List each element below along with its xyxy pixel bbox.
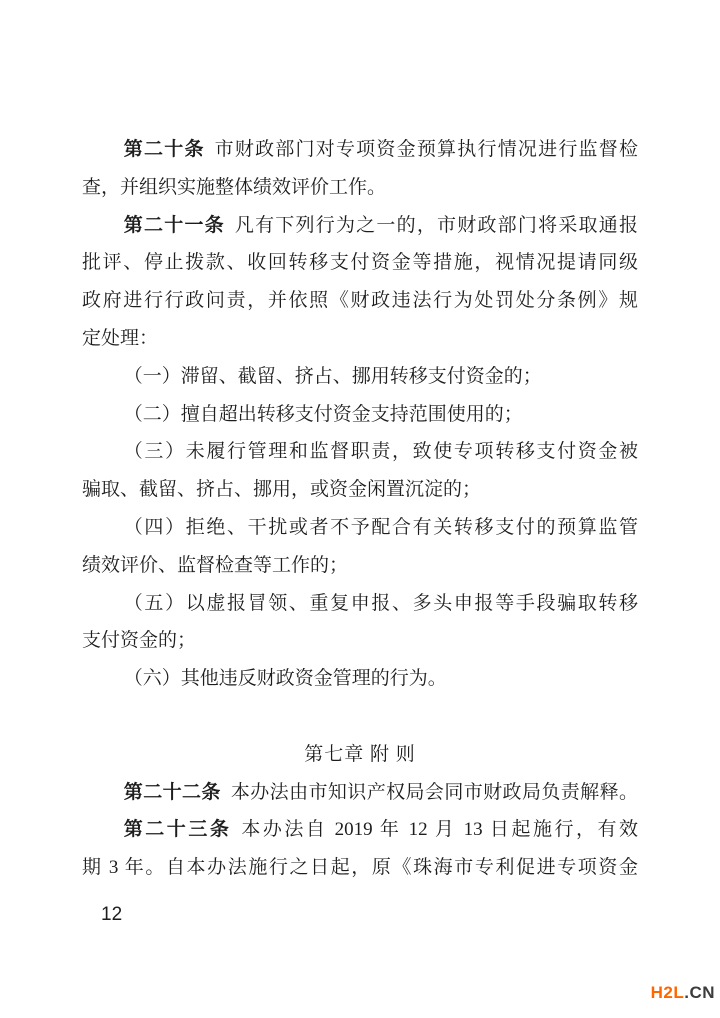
watermark: H2L.CN: [651, 984, 715, 1001]
watermark-secondary: .CN: [684, 983, 715, 1002]
item-1: （一）滞留、截留、挤占、挪用转移支付资金的；: [82, 358, 638, 396]
article-23-line-2: 期 3 年。自本办法施行之日起，原《珠海市专利促进专项资金: [82, 849, 638, 887]
document-body: 第二十条市财政部门对专项资金预算执行情况进行监督检查，并组织实施整体绩效评价工作…: [82, 131, 638, 887]
article-number: 第二十一条: [124, 215, 225, 236]
text-segment: 查，并组织实施整体绩效评价工作。: [82, 177, 386, 198]
item-2: （二）擅自超出转移支付资金支持范围使用的；: [82, 396, 638, 434]
text-segment: 第七章 附 则: [304, 744, 416, 765]
document-page: 第二十条市财政部门对专项资金预算执行情况进行监督检查，并组织实施整体绩效评价工作…: [0, 0, 720, 1018]
item-6: （六）其他违反财政资金管理的行为。: [82, 660, 638, 698]
text-segment: 批评、停止拨款、收回转移支付资金等措施，视情况提请同级: [82, 252, 638, 273]
text-segment: （五）以虚报冒领、重复申报、多头申报等手段骗取转移: [124, 593, 638, 614]
item-4-line-2: 绩效评价、监督检查等工作的；: [82, 547, 638, 585]
chapter-heading: 第七章 附 则: [82, 736, 638, 774]
article-20-line-2: 查，并组织实施整体绩效评价工作。: [82, 169, 638, 207]
page-number: 12: [101, 903, 122, 927]
article-21-line-3: 政府进行行政问责，并依照《财政违法行为处罚处分条例》规: [82, 282, 638, 320]
text-segment: （三）未履行管理和监督职责，致使专项转移支付资金被: [124, 441, 638, 462]
blank-line: [82, 698, 638, 736]
article-21-line-4: 定处理：: [82, 320, 638, 358]
text-segment: 支付资金的；: [82, 630, 196, 651]
text-segment: （一）滞留、截留、挤占、挪用转移支付资金的；: [124, 366, 542, 387]
article-number: 第二十条: [124, 139, 205, 160]
item-5-line-2: 支付资金的；: [82, 622, 638, 660]
item-3-line-2: 骗取、截留、挤占、挪用，或资金闲置沉淀的；: [82, 471, 638, 509]
article-23-line-1: 第二十三条本办法自 2019 年 12 月 13 日起施行，有效: [82, 811, 638, 849]
watermark-primary: H2L: [651, 983, 685, 1002]
article-21-line-1: 第二十一条凡有下列行为之一的，市财政部门将采取通报: [82, 207, 638, 245]
item-5-line-1: （五）以虚报冒领、重复申报、多头申报等手段骗取转移: [82, 585, 638, 623]
text-segment: （四）拒绝、干扰或者不予配合有关转移支付的预算监管: [124, 517, 638, 538]
article-22: 第二十二条本办法由市知识产权局会同市财政局负责解释。: [82, 774, 638, 812]
text-segment: 定处理：: [82, 328, 158, 349]
article-number: 第二十二条: [124, 782, 221, 803]
article-number: 第二十三条: [124, 819, 232, 840]
text-segment: 绩效评价、监督检查等工作的；: [82, 555, 348, 576]
text-segment: 政府进行行政问责，并依照《财政违法行为处罚处分条例》规: [82, 290, 638, 311]
text-segment: 骗取、截留、挤占、挪用，或资金闲置沉淀的；: [82, 479, 481, 500]
text-segment: 凡有下列行为之一的，市财政部门将采取通报: [235, 215, 638, 236]
text-segment: 期 3 年。自本办法施行之日起，原《珠海市专利促进专项资金: [82, 857, 638, 878]
text-segment: （二）擅自超出转移支付资金支持范围使用的；: [124, 404, 523, 425]
text-segment: 市财政部门对专项资金预算执行情况进行监督检: [215, 139, 638, 160]
article-21-line-2: 批评、停止拨款、收回转移支付资金等措施，视情况提请同级: [82, 244, 638, 282]
text-segment: （六）其他违反财政资金管理的行为。: [124, 668, 447, 689]
text-segment: 本办法自 2019 年 12 月 13 日起施行，有效: [241, 819, 638, 840]
article-20-line-1: 第二十条市财政部门对专项资金预算执行情况进行监督检: [82, 131, 638, 169]
text-segment: 本办法由市知识产权局会同市财政局负责解释。: [231, 782, 638, 803]
item-4-line-1: （四）拒绝、干扰或者不予配合有关转移支付的预算监管: [82, 509, 638, 547]
item-3-line-1: （三）未履行管理和监督职责，致使专项转移支付资金被: [82, 433, 638, 471]
